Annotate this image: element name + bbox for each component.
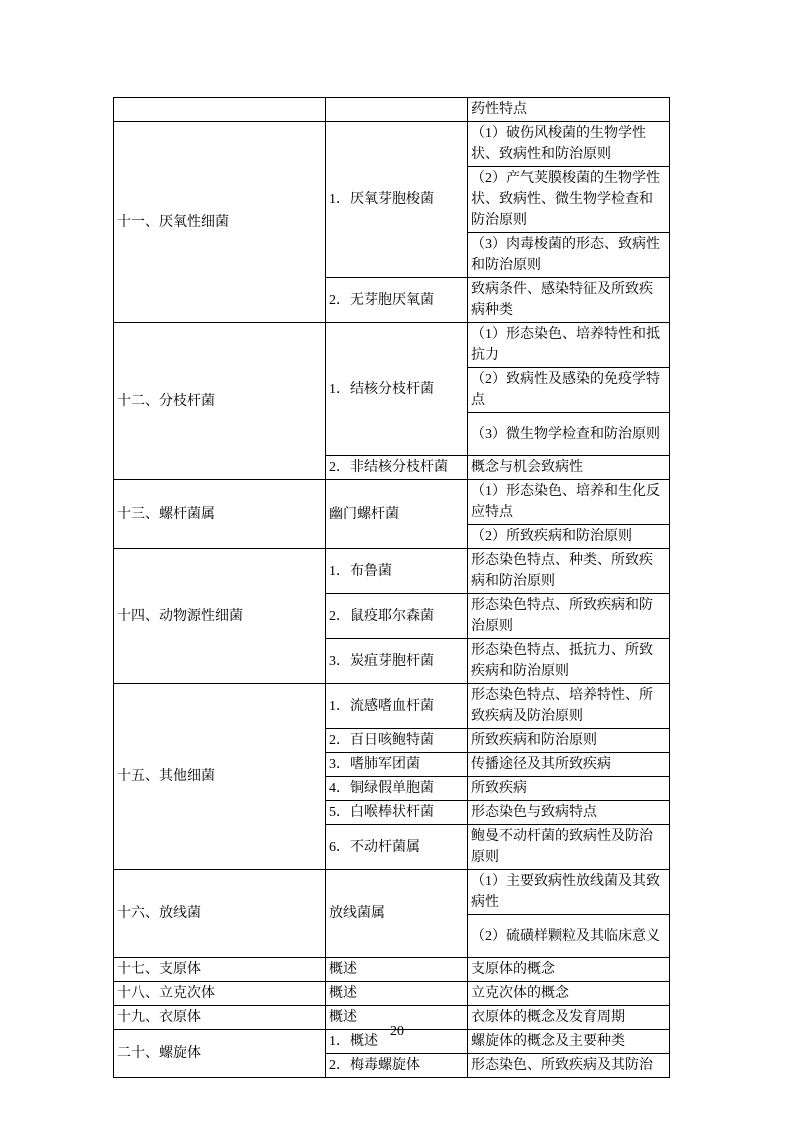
detail-cell: 形态染色特点、抵抗力、所致疾病和防治原则 [468, 639, 670, 684]
table-row: 十四、动物源性细菌 1．布鲁菌 形态染色特点、种类、所致疾病和防治原则 [114, 549, 670, 594]
document-page: 药性特点 十一、厌氧性细菌 1．厌氧芽胞梭菌 （1）破伤风梭菌的生物学性状、致病… [0, 0, 794, 1123]
detail-cell: （2）产气荚膜梭菌的生物学性状、致病性、微生物学检查和防治原则 [468, 167, 670, 233]
topic-cell: 放线菌属 [326, 870, 468, 958]
empty-cell [326, 98, 468, 122]
detail-cell: 形态染色特点、所致疾病和防治原则 [468, 594, 670, 639]
detail-cell: 药性特点 [468, 98, 670, 122]
topic-cell: 1．布鲁菌 [326, 549, 468, 594]
detail-cell: （1）破伤风梭菌的生物学性状、致病性和防治原则 [468, 122, 670, 167]
detail-cell: （2）致病性及感染的免疫学特点 [468, 368, 670, 413]
detail-cell: 致病条件、感染特征及所致疾病种类 [468, 278, 670, 323]
topic-cell: 3．嗜肺军团菌 [326, 753, 468, 777]
topic-cell: 幽门螺杆菌 [326, 480, 468, 549]
course-content-table: 药性特点 十一、厌氧性细菌 1．厌氧芽胞梭菌 （1）破伤风梭菌的生物学性状、致病… [113, 97, 670, 1078]
topic-cell: 1．厌氧芽胞梭菌 [326, 122, 468, 278]
detail-cell: （2）所致疾病和防治原则 [468, 525, 670, 549]
topic-cell: 5．白喉棒状杆菌 [326, 801, 468, 825]
table-row: 十二、分枝杆菌 1．结核分枝杆菌 （1）形态染色、培养特性和抵抗力 [114, 323, 670, 368]
topic-cell: 2．百日咳鲍特菌 [326, 729, 468, 753]
detail-cell: 传播途径及其所致疾病 [468, 753, 670, 777]
topic-cell: 概述 [326, 958, 468, 982]
table-row: 十八、立克次体 概述 立克次体的概念 [114, 982, 670, 1006]
topic-cell: 2．鼠疫耶尔森菌 [326, 594, 468, 639]
detail-cell: 所致疾病 [468, 777, 670, 801]
table-row: 十七、支原体 概述 支原体的概念 [114, 958, 670, 982]
section-title-cell: 十三、螺杆菌属 [114, 480, 326, 549]
detail-cell: 形态染色与致病特点 [468, 801, 670, 825]
detail-cell: 形态染色特点、培养特性、所致疾病及防治原则 [468, 684, 670, 729]
section-title-cell: 十四、动物源性细菌 [114, 549, 326, 684]
detail-cell: 形态染色、所致疾病及其防治 [468, 1054, 670, 1078]
topic-cell: 6．不动杆菌属 [326, 825, 468, 870]
detail-cell: 支原体的概念 [468, 958, 670, 982]
detail-cell: （3）肉毒梭菌的形态、致病性和防治原则 [468, 233, 670, 278]
table-row: 十五、其他细菌 1．流感嗜血杆菌 形态染色特点、培养特性、所致疾病及防治原则 [114, 684, 670, 729]
section-title-cell: 十一、厌氧性细菌 [114, 122, 326, 323]
detail-cell: （2）硫磺样颗粒及其临床意义 [468, 915, 670, 958]
detail-cell: （1）形态染色、培养特性和抵抗力 [468, 323, 670, 368]
section-title-cell: 十五、其他细菌 [114, 684, 326, 870]
topic-cell: 1．流感嗜血杆菌 [326, 684, 468, 729]
table-row: 十三、螺杆菌属 幽门螺杆菌 （1）形态染色、培养和生化反应特点 [114, 480, 670, 525]
section-title-cell: 十六、放线菌 [114, 870, 326, 958]
topic-cell: 2．无芽胞厌氧菌 [326, 278, 468, 323]
table-row: 十六、放线菌 放线菌属 （1）主要致病性放线菌及其致病性 [114, 870, 670, 915]
section-title-cell: 十二、分枝杆菌 [114, 323, 326, 480]
table-row: 十一、厌氧性细菌 1．厌氧芽胞梭菌 （1）破伤风梭菌的生物学性状、致病性和防治原… [114, 122, 670, 167]
detail-cell: （3）微生物学检查和防治原则 [468, 413, 670, 456]
detail-cell: 立克次体的概念 [468, 982, 670, 1006]
section-title-cell: 十七、支原体 [114, 958, 326, 982]
topic-cell: 1．结核分枝杆菌 [326, 323, 468, 456]
detail-cell: 所致疾病和防治原则 [468, 729, 670, 753]
topic-cell: 2．非结核分枝杆菌 [326, 456, 468, 480]
page-number: 20 [0, 1023, 794, 1041]
topic-cell: 4．铜绿假单胞菌 [326, 777, 468, 801]
detail-cell: 鲍曼不动杆菌的致病性及防治原则 [468, 825, 670, 870]
empty-cell [114, 98, 326, 122]
detail-cell: （1）形态染色、培养和生化反应特点 [468, 480, 670, 525]
section-title-cell: 十八、立克次体 [114, 982, 326, 1006]
detail-cell: 形态染色特点、种类、所致疾病和防治原则 [468, 549, 670, 594]
topic-cell: 概述 [326, 982, 468, 1006]
table-row: 药性特点 [114, 98, 670, 122]
topic-cell: 2．梅毒螺旋体 [326, 1054, 468, 1078]
detail-cell: （1）主要致病性放线菌及其致病性 [468, 870, 670, 915]
topic-cell: 3．炭疽芽胞杆菌 [326, 639, 468, 684]
detail-cell: 概念与机会致病性 [468, 456, 670, 480]
